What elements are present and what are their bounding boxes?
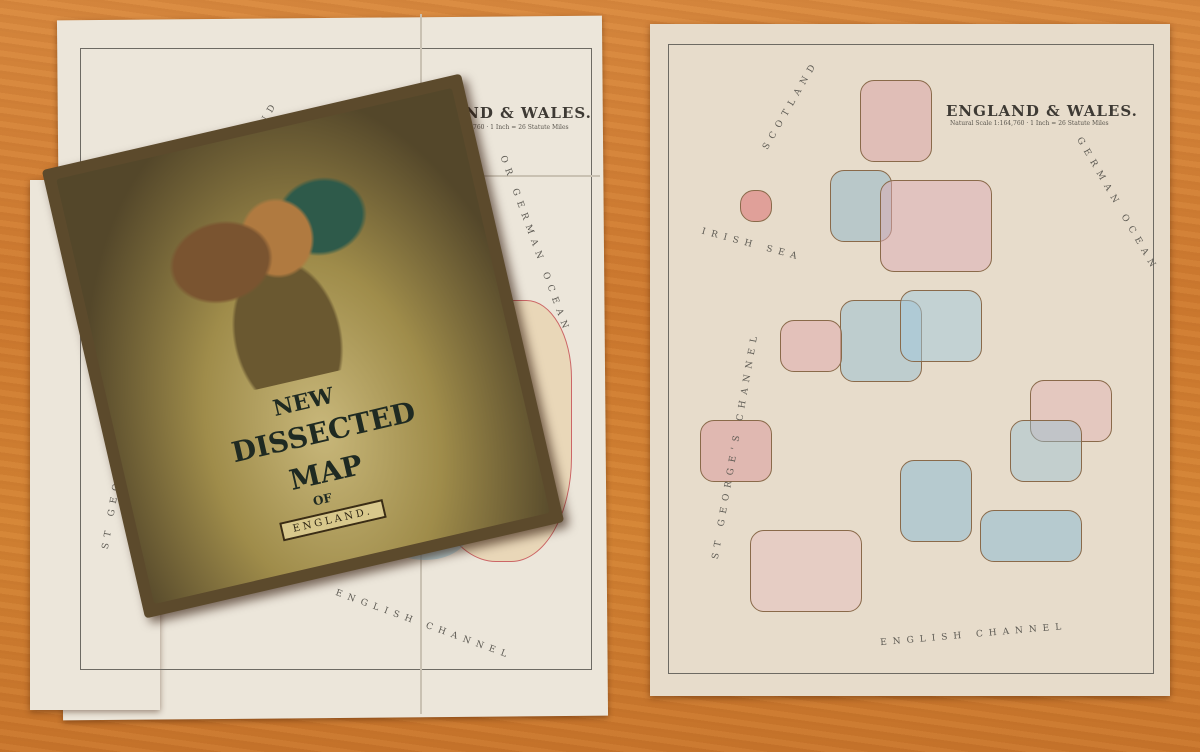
box-text-of: OF xyxy=(312,491,334,509)
box-lid: NEW DISSECTED MAP OF ENGLAND. xyxy=(56,88,550,604)
puzzle-map-scale: Natural Scale 1:164,760 · 1 Inch = 26 St… xyxy=(950,120,1109,127)
allegorical-figures-illustration xyxy=(131,139,414,407)
box-label-england: ENGLAND. xyxy=(279,499,386,541)
puzzle-map-title: ENGLAND & WALES. xyxy=(946,102,1138,120)
box-text-map: MAP xyxy=(286,448,365,497)
